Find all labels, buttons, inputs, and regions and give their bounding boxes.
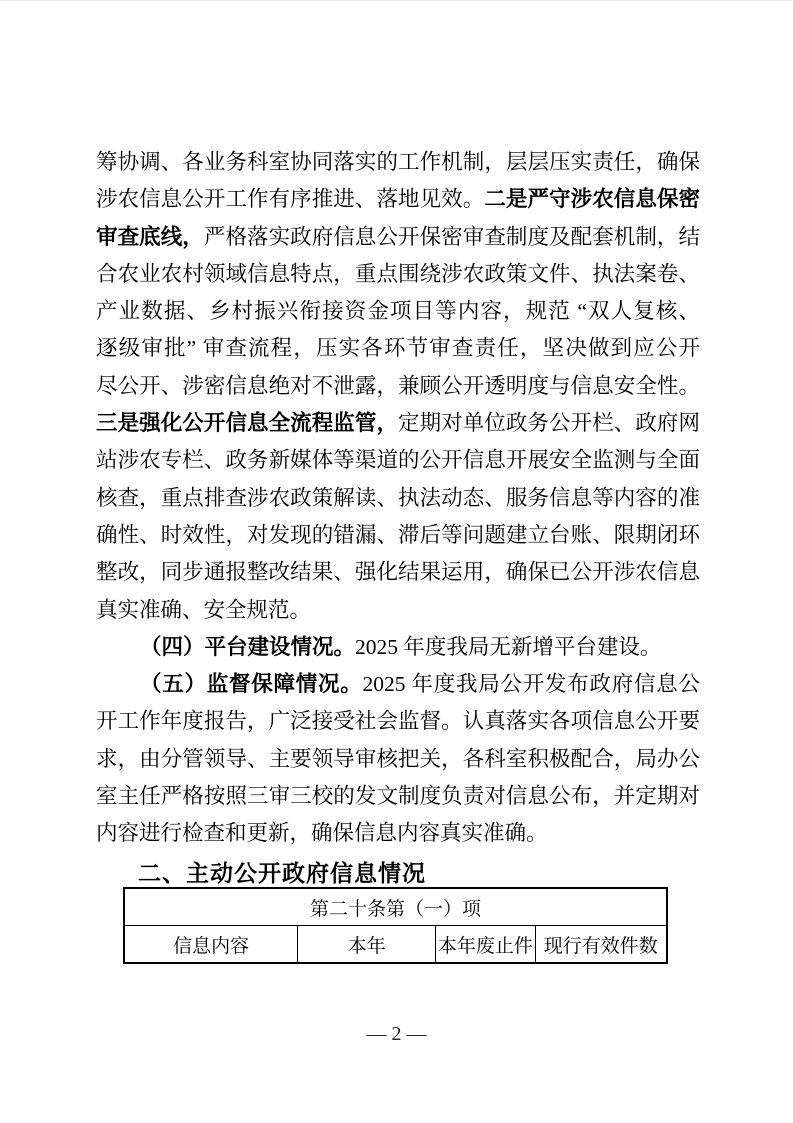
text-run: 核查，重点排查涉农政策解读、执法动态、服务信息等内容的准	[96, 486, 700, 510]
text-run: 2025 年度我局公开发布政府信息公	[362, 672, 700, 696]
page-number: — 2 —	[0, 1023, 793, 1046]
text-run: 逐级审批” 审查流程，压实各环节审查责任，坚决做到应公开	[96, 336, 700, 360]
body-line: 开工作年度报告，广泛接受社会监督。认真落实各项信息公开要	[96, 703, 700, 740]
table-column-header-repealed: 本年废止件	[436, 926, 535, 964]
bold-text-run: （五）监督保障情况。	[140, 672, 362, 696]
body-line: 核查，重点排查涉农政策解读、执法动态、服务信息等内容的准	[96, 480, 700, 517]
body-line: 尽公开、涉密信息绝对不泄露，兼顾公开透明度与信息安全性。	[96, 368, 700, 405]
table-column-header-row: 信息内容 本年 本年废止件 现行有效件数	[124, 926, 667, 964]
text-run: 求，由分管领导、主要领导审核把关，各科室积极配合，局办公	[96, 747, 700, 771]
text-run: 室主任严格按照三审三校的发文制度负责对信息公布，并定期对	[96, 784, 700, 808]
bold-text-run: 审查底线，	[96, 225, 204, 249]
table-span-header-row: 第二十条第（一）项	[124, 888, 667, 926]
text-run: 整改，同步通报整改结果、强化结果运用，确保已公开涉农信息	[96, 560, 700, 584]
text-run: 产业数据、乡村振兴衔接资金项目等内容，规范 “双人复核、	[96, 299, 700, 323]
body-line: 审查底线，严格落实政府信息公开保密审查制度及配套机制，结	[96, 219, 700, 256]
table-column-header-effective: 现行有效件数	[535, 926, 667, 964]
table-column-header-this-year: 本年	[298, 926, 436, 964]
text-run: 筹协调、各业务科室协同落实的工作机制，层层压实责任，确保	[96, 150, 700, 174]
body-line: 三是强化公开信息全流程监管，定期对单位政务公开栏、政府网	[96, 405, 700, 442]
body-line: 合农业农村领域信息特点，重点围绕涉农政策文件、执法案卷、	[96, 256, 700, 293]
text-run: 内容进行检查和更新，确保信息内容真实准确。	[96, 821, 548, 845]
body-line: 产业数据、乡村振兴衔接资金项目等内容，规范 “双人复核、	[96, 293, 700, 330]
bold-text-run: 二是严守涉农信息保密	[484, 187, 700, 211]
body-line: 筹协调、各业务科室协同落实的工作机制，层层压实责任，确保	[96, 144, 700, 181]
disclosure-table: 第二十条第（一）项 信息内容 本年 本年废止件 现行有效件数	[123, 887, 668, 964]
section-heading: 二、主动公开政府信息情况	[138, 855, 426, 888]
body-text: 筹协调、各业务科室协同落实的工作机制，层层压实责任，确保涉农信息公开工作有序推进…	[96, 144, 700, 853]
body-line: 整改，同步通报整改结果、强化结果运用，确保已公开涉农信息	[96, 554, 700, 591]
body-line: （四）平台建设情况。2025 年度我局无新增平台建设。	[96, 629, 700, 666]
body-line: 内容进行检查和更新，确保信息内容真实准确。	[96, 815, 700, 852]
table-column-header-info-content: 信息内容	[124, 926, 298, 964]
body-line: 真实准确、安全规范。	[96, 592, 700, 629]
body-line: （五）监督保障情况。2025 年度我局公开发布政府信息公	[96, 666, 700, 703]
text-run: 尽公开、涉密信息绝对不泄露，兼顾公开透明度与信息安全性。	[96, 374, 700, 398]
text-run: 确性、时效性，对发现的错漏、滞后等问题建立台账、限期闭环	[96, 523, 700, 547]
text-run: 开工作年度报告，广泛接受社会监督。认真落实各项信息公开要	[96, 709, 700, 733]
body-line: 确性、时效性，对发现的错漏、滞后等问题建立台账、限期闭环	[96, 517, 700, 554]
text-run: 涉农信息公开工作有序推进、落地见效。	[96, 187, 484, 211]
bold-text-run: 三是强化公开信息全流程监管，	[96, 411, 398, 435]
body-line: 室主任严格按照三审三校的发文制度负责对信息公布，并定期对	[96, 778, 700, 815]
body-line: 站涉农专栏、政务新媒体等渠道的公开信息开展安全监测与全面	[96, 442, 700, 479]
text-run: 站涉农专栏、政务新媒体等渠道的公开信息开展安全监测与全面	[96, 448, 700, 472]
table-span-header-cell: 第二十条第（一）项	[124, 888, 667, 926]
body-line: 涉农信息公开工作有序推进、落地见效。二是严守涉农信息保密	[96, 181, 700, 218]
text-run: 定期对单位政务公开栏、政府网	[398, 411, 700, 435]
text-run: 真实准确、安全规范。	[96, 598, 311, 622]
body-line: 求，由分管领导、主要领导审核把关，各科室积极配合，局办公	[96, 741, 700, 778]
body-line: 逐级审批” 审查流程，压实各环节审查责任，坚决做到应公开	[96, 330, 700, 367]
text-run: 合农业农村领域信息特点，重点围绕涉农政策文件、执法案卷、	[96, 262, 700, 286]
text-run: 严格落实政府信息公开保密审查制度及配套机制，结	[204, 225, 700, 249]
document-page: 筹协调、各业务科室协同落实的工作机制，层层压实责任，确保涉农信息公开工作有序推进…	[0, 0, 793, 1123]
bold-text-run: （四）平台建设情况。	[140, 635, 355, 659]
text-run: 2025 年度我局无新增平台建设。	[355, 635, 661, 659]
